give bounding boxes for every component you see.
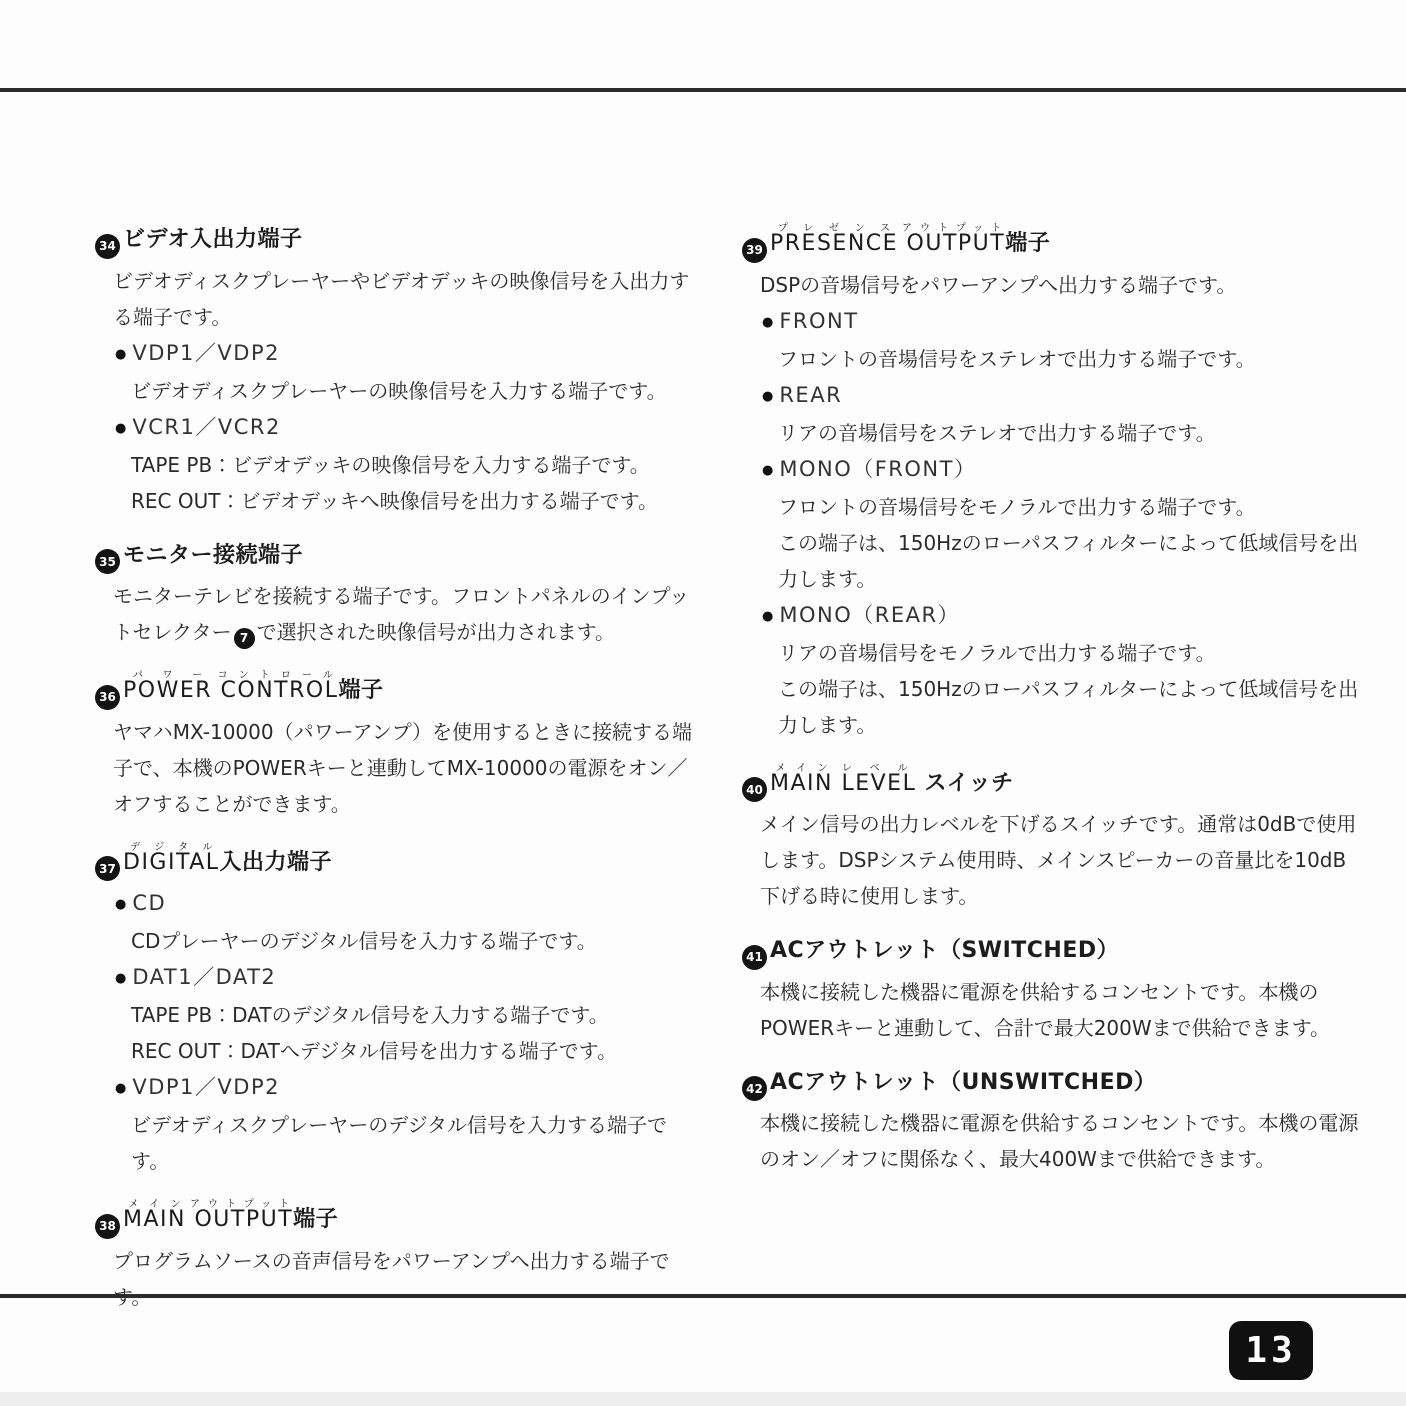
furigana: パワー — [123, 670, 212, 681]
bullet-label: MONO（FRONT） — [779, 457, 976, 481]
bullet-desc: ビデオディスクプレーヤーの映像信号を入力する端子です。 — [95, 373, 695, 409]
bullet-icon: ● — [115, 421, 126, 436]
heading-word: POWER — [123, 678, 212, 703]
furigana: メイン — [123, 1199, 186, 1210]
bullet-item: ●DAT1／DAT2 — [95, 959, 695, 997]
section-title-text: 入出力端子 — [220, 850, 333, 875]
paragraph: メイン信号の出力レベルを下げるスイッチです。通常は0dBで使用します。DSPシス… — [742, 806, 1360, 914]
bullet-label: FRONT — [779, 309, 858, 333]
top-rule — [0, 88, 1406, 92]
bullet-desc: フロントの音場信号をモノラルで出力する端子です。 — [742, 489, 1360, 525]
heading-word-with-furigana: CONTROLコントロール — [212, 678, 338, 703]
section-presence-output: 39PRESENCEプレゼンス OUTPUTアウトプット端子 DSPの音場信号を… — [742, 223, 1360, 743]
heading-word: MAIN — [770, 771, 833, 796]
heading-word: CONTROL — [212, 678, 338, 703]
bullet-label: DAT1／DAT2 — [132, 965, 276, 989]
heading-word-with-furigana: MAINメイン — [123, 1207, 186, 1232]
section-number-badge: 37 — [95, 856, 120, 881]
section-title-text: モニター接続端子 — [123, 543, 303, 568]
text-run: で選択された映像信号が出力されます。 — [257, 620, 615, 644]
heading-word-with-furigana: OUTPUTアウトプット — [898, 231, 1005, 256]
section-title: 39PRESENCEプレゼンス OUTPUTアウトプット端子 — [742, 223, 1360, 263]
section-title: 40MAINメイン LEVELレベル スイッチ — [742, 763, 1360, 803]
section-title: 35モニター接続端子 — [95, 539, 695, 575]
furigana: プレゼンス — [770, 223, 898, 234]
bullet-icon: ● — [762, 463, 773, 478]
furigana: デジタル — [123, 842, 220, 853]
bullet-item: ●VCR1／VCR2 — [95, 409, 695, 447]
section-title: 37DIGITALデジタル入出力端子 — [95, 842, 695, 882]
section-digital-io: 37DIGITALデジタル入出力端子 ●CD CDプレーヤーのデジタル信号を入力… — [95, 842, 695, 1180]
bullet-desc: ビデオディスクプレーヤーのデジタル信号を入力する端子です。 — [95, 1107, 695, 1179]
section-title: 36POWERパワー CONTROLコントロール端子 — [95, 670, 695, 710]
paragraph: 本機に接続した機器に電源を供給するコンセントです。本機のPOWERキーと連動して… — [742, 974, 1360, 1046]
bullet-icon: ● — [115, 347, 126, 362]
section-title-text: 端子 — [1005, 231, 1050, 256]
heading-word-with-furigana: OUTPUTアウトプット — [186, 1207, 293, 1232]
page-number-badge: 13 — [1229, 1321, 1313, 1380]
paragraph: ヤマハMX-10000（パワーアンプ）を使用するときに接続する端子で、本機のPO… — [95, 714, 695, 822]
furigana: アウトプット — [186, 1199, 293, 1210]
scan-edge-artifact — [0, 1392, 1406, 1406]
bullet-item: ●MONO（REAR） — [742, 597, 1360, 635]
heading-word: DIGITAL — [123, 850, 220, 875]
bullet-desc: TAPE PB：ビデオデッキの映像信号を入力する端子です。 — [95, 447, 695, 483]
section-title: 41ACアウトレット（SWITCHED） — [742, 934, 1360, 970]
page-number: 13 — [1245, 1330, 1296, 1371]
bullet-item: ●REAR — [742, 377, 1360, 415]
section-number-badge: 41 — [742, 945, 767, 970]
heading-word: OUTPUT — [898, 231, 1005, 256]
bullet-item: ●FRONT — [742, 303, 1360, 341]
paragraph: DSPの音場信号をパワーアンプへ出力する端子です。 — [742, 267, 1360, 303]
bullet-icon: ● — [115, 971, 126, 986]
section-title-text: ACアウトレット（UNSWITCHED） — [770, 1070, 1156, 1095]
bullet-item: ●MONO（FRONT） — [742, 451, 1360, 489]
heading-word-with-furigana: MAINメイン — [770, 771, 833, 796]
section-title-text: ACアウトレット（SWITCHED） — [770, 938, 1119, 963]
section-title-text: 端子 — [293, 1207, 338, 1232]
bullet-label: REAR — [779, 383, 842, 407]
bullet-icon: ● — [762, 609, 773, 624]
bullet-label: VCR1／VCR2 — [132, 415, 280, 439]
section-title: 38MAINメイン OUTPUTアウトプット端子 — [95, 1199, 695, 1239]
heading-word-with-furigana: DIGITALデジタル — [123, 850, 220, 875]
furigana: メイン — [770, 763, 833, 774]
bullet-desc: TAPE PB：DATのデジタル信号を入力する端子です。 — [95, 997, 695, 1033]
bullet-label: VDP1／VDP2 — [132, 1075, 280, 1099]
bullet-item: ●VDP1／VDP2 — [95, 1069, 695, 1107]
bullet-desc: CDプレーヤーのデジタル信号を入力する端子です。 — [95, 923, 695, 959]
section-number-badge: 42 — [742, 1076, 767, 1101]
left-column: 34ビデオ入出力端子 ビデオディスクプレーヤーやビデオデッキの映像信号を入出力す… — [95, 223, 695, 1335]
heading-word: PRESENCE — [770, 231, 898, 256]
right-column: 39PRESENCEプレゼンス OUTPUTアウトプット端子 DSPの音場信号を… — [742, 223, 1360, 1197]
bullet-desc: フロントの音場信号をステレオで出力する端子です。 — [742, 341, 1360, 377]
section-main-output: 38MAINメイン OUTPUTアウトプット端子 プログラムソースの音声信号をパ… — [95, 1199, 695, 1315]
heading-word-with-furigana: LEVELレベル — [833, 771, 916, 796]
heading-word: LEVEL — [833, 771, 916, 796]
section-number-badge: 34 — [95, 234, 120, 259]
bullet-item: ●VDP1／VDP2 — [95, 335, 695, 373]
section-ac-outlet-unswitched: 42ACアウトレット（UNSWITCHED） 本機に接続した機器に電源を供給する… — [742, 1066, 1360, 1178]
bullet-icon: ● — [115, 897, 126, 912]
section-title-text: 端子 — [338, 678, 383, 703]
bullet-label: CD — [132, 891, 166, 915]
section-number-badge: 38 — [95, 1214, 120, 1239]
bullet-desc: リアの音場信号をモノラルで出力する端子です。 — [742, 635, 1360, 671]
circled-7-icon: 7 — [234, 628, 255, 649]
heading-word: OUTPUT — [186, 1207, 293, 1232]
section-title-text: スイッチ — [916, 771, 1013, 796]
furigana: アウトプット — [898, 223, 1005, 234]
paragraph: 本機に接続した機器に電源を供給するコンセントです。本機の電源のオン／オフに関係な… — [742, 1105, 1360, 1177]
bullet-icon: ● — [762, 389, 773, 404]
section-title-text: ビデオ入出力端子 — [123, 227, 303, 252]
bullet-desc: リアの音場信号をステレオで出力する端子です。 — [742, 415, 1360, 451]
bullet-desc: REC OUT：ビデオデッキへ映像信号を出力する端子です。 — [95, 483, 695, 519]
section-number-badge: 39 — [742, 238, 767, 263]
section-main-level-switch: 40MAINメイン LEVELレベル スイッチ メイン信号の出力レベルを下げるス… — [742, 763, 1360, 915]
heading-word-with-furigana: PRESENCEプレゼンス — [770, 231, 898, 256]
section-monitor: 35モニター接続端子 モニターテレビを接続する端子です。フロントパネルのインプッ… — [95, 539, 695, 651]
section-title: 42ACアウトレット（UNSWITCHED） — [742, 1066, 1360, 1102]
bullet-label: MONO（REAR） — [779, 603, 960, 627]
heading-word: MAIN — [123, 1207, 186, 1232]
section-video-io: 34ビデオ入出力端子 ビデオディスクプレーヤーやビデオデッキの映像信号を入出力す… — [95, 223, 695, 519]
bullet-icon: ● — [115, 1081, 126, 1096]
bullet-desc: この端子は、150Hzのローパスフィルターによって低域信号を出力します。 — [742, 525, 1360, 597]
manual-page: 34ビデオ入出力端子 ビデオディスクプレーヤーやビデオデッキの映像信号を入出力す… — [0, 0, 1406, 1406]
bullet-label: VDP1／VDP2 — [132, 341, 280, 365]
bullet-icon: ● — [762, 315, 773, 330]
paragraph: プログラムソースの音声信号をパワーアンプへ出力する端子です。 — [95, 1243, 695, 1315]
section-number-badge: 35 — [95, 549, 120, 574]
paragraph: モニターテレビを接続する端子です。フロントパネルのインプットセレクター7で選択さ… — [95, 578, 695, 650]
section-number-badge: 36 — [95, 685, 120, 710]
furigana: コントロール — [212, 670, 338, 681]
bullet-desc: この端子は、150Hzのローパスフィルターによって低域信号を出力します。 — [742, 671, 1360, 743]
section-number-badge: 40 — [742, 777, 767, 802]
section-title: 34ビデオ入出力端子 — [95, 223, 695, 259]
paragraph: ビデオディスクプレーヤーやビデオデッキの映像信号を入出力する端子です。 — [95, 263, 695, 335]
furigana: レベル — [833, 763, 916, 774]
bullet-item: ●CD — [95, 885, 695, 923]
bullet-desc: REC OUT：DATへデジタル信号を出力する端子です。 — [95, 1033, 695, 1069]
heading-word-with-furigana: POWERパワー — [123, 678, 212, 703]
section-power-control: 36POWERパワー CONTROLコントロール端子 ヤマハMX-10000（パ… — [95, 670, 695, 822]
section-ac-outlet-switched: 41ACアウトレット（SWITCHED） 本機に接続した機器に電源を供給するコン… — [742, 934, 1360, 1046]
